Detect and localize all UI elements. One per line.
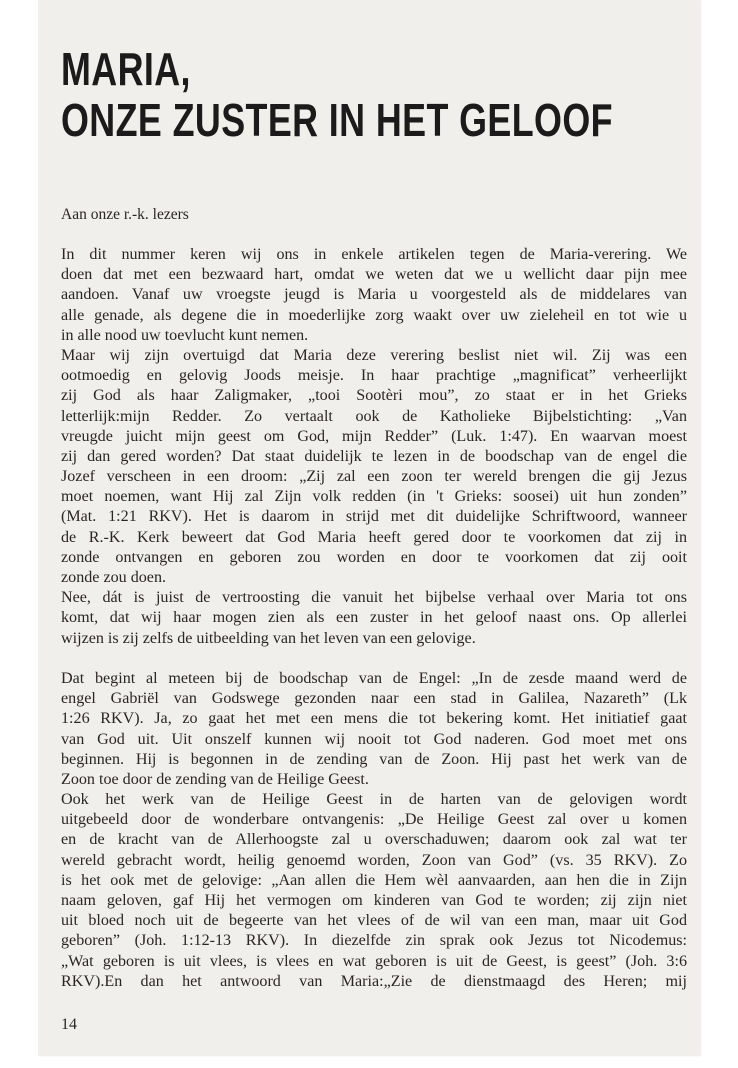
text-line: Maar wij zijn overtuigd dat Maria deze v… <box>61 346 687 366</box>
title-line-1: MARIA, <box>61 44 613 95</box>
article-title: MARIA, ONZE ZUSTER IN HET GELOOF <box>61 44 613 146</box>
text-line: vreugde juicht mijn geest om God, mijn R… <box>61 427 687 447</box>
text-line: RKV).En dan het antwoord van Maria:„Zie … <box>61 972 687 992</box>
paragraph: In dit nummer keren wij ons in enkele ar… <box>61 245 687 346</box>
text-line: is het ook met de gelovige: „Aan allen d… <box>61 871 687 891</box>
text-line: 1:26 RKV). Ja, zo gaat het met een mens … <box>61 709 687 729</box>
text-line: Zoon toe door de zending van de Heilige … <box>61 770 687 790</box>
text-line: zonde ontvangen en geboren zou worden en… <box>61 548 687 568</box>
text-line: doen dat met een bezwaard hart, omdat we… <box>61 265 687 285</box>
text-line: ootmoedig en gelovig Joods meisje. In ha… <box>61 366 687 386</box>
article-subheading: Aan onze r.-k. lezers <box>61 206 189 224</box>
text-line: en de kracht van de Allerhoogste zal u o… <box>61 830 687 850</box>
title-line-2: ONZE ZUSTER IN HET GELOOF <box>61 95 613 146</box>
article-body: In dit nummer keren wij ons in enkele ar… <box>61 245 687 992</box>
text-line: moet noemen, want Hij zal Zijn volk redd… <box>61 487 687 507</box>
text-line: naam geloven, gaf Hij het vermogen om ki… <box>61 891 687 911</box>
text-line: letterlijk:mijn Redder. Zo vertaalt ook … <box>61 407 687 427</box>
paragraph-spacer <box>61 649 687 669</box>
paragraph: Ook het werk van de Heilige Geest in de … <box>61 790 687 992</box>
paragraph: Maar wij zijn overtuigd dat Maria deze v… <box>61 346 687 588</box>
text-line: Nee, dát is juist de vertroosting die va… <box>61 588 687 608</box>
text-line: wereld gebracht wordt, heilig genoemd wo… <box>61 851 687 871</box>
text-line: geboren” (Joh. 1:12-13 RKV). In diezelfd… <box>61 931 687 951</box>
text-line: aandoen. Vanaf uw vroegste jeugd is Mari… <box>61 285 687 305</box>
text-line: beginnen. Hij is begonnen in de zending … <box>61 750 687 770</box>
text-line: zonde zou doen. <box>61 568 687 588</box>
text-line: Dat begint al meteen bij de boodschap va… <box>61 669 687 689</box>
text-line: zij God als haar Zaligmaker, „tooi Sootè… <box>61 386 687 406</box>
text-line: uitgebeeld door de wonderbare ontvangeni… <box>61 810 687 830</box>
text-line: (Mat. 1:21 RKV). Het is daarom in strijd… <box>61 507 687 527</box>
text-line: engel Gabriël van Godswege gezonden naar… <box>61 689 687 709</box>
text-line: zij dan gered worden? Dat staat duidelij… <box>61 447 687 467</box>
text-line: van God uit. Uit onszelf kunnen wij nooi… <box>61 730 687 750</box>
paragraph: Nee, dát is juist de vertroosting die va… <box>61 588 687 649</box>
text-line: alle genade, als degene die in moederlij… <box>61 306 687 326</box>
text-line: „Wat geboren is uit vlees, is vlees en w… <box>61 952 687 972</box>
text-line: Jozef verscheen in een droom: „Zij zal e… <box>61 467 687 487</box>
text-line: wijzen is zij zelfs de uitbeelding van h… <box>61 629 687 649</box>
text-line: Ook het werk van de Heilige Geest in de … <box>61 790 687 810</box>
text-line: In dit nummer keren wij ons in enkele ar… <box>61 245 687 265</box>
text-line: in alle nood uw toevlucht kunt nemen. <box>61 326 687 346</box>
text-line: komt, dat wij haar mogen zien als een zu… <box>61 608 687 628</box>
paragraph: Dat begint al meteen bij de boodschap va… <box>61 669 687 790</box>
page-number: 14 <box>61 1016 77 1034</box>
text-line: de R.-K. Kerk beweert dat God Maria heef… <box>61 528 687 548</box>
text-line: uit bloed noch uit de begeerte van het v… <box>61 911 687 931</box>
